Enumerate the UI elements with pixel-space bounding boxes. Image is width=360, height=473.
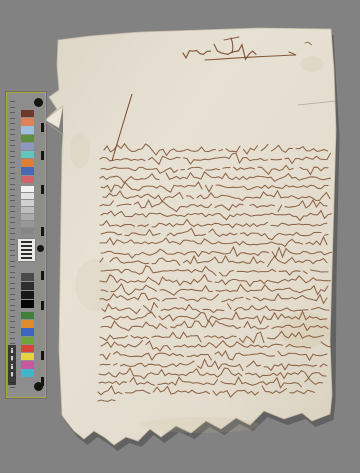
ruler-tick <box>10 101 15 102</box>
ruler-tick <box>10 261 15 262</box>
color-patch <box>21 328 34 335</box>
ruler-tick <box>10 200 15 201</box>
grayscale-patch <box>21 200 34 206</box>
ruler-tick <box>10 123 15 124</box>
color-patch <box>21 353 34 360</box>
ruler-tick <box>10 228 15 229</box>
ruler-tick <box>10 255 15 256</box>
registration-dot <box>37 245 44 252</box>
ruler-tick <box>10 206 15 207</box>
archival-photo <box>0 0 360 473</box>
ruler-tick <box>10 233 15 234</box>
registration-dash <box>41 185 44 194</box>
ruler-tick <box>10 195 15 196</box>
ruler-tick <box>10 371 15 372</box>
ruler-tick <box>10 129 15 130</box>
ruler-tick <box>10 277 15 278</box>
ruler-tick <box>10 151 15 152</box>
registration-dash <box>41 123 44 132</box>
ruler-tick <box>10 222 15 223</box>
ruler-tick <box>10 167 15 168</box>
ruler-tick <box>10 299 15 300</box>
ruler-tick <box>10 288 15 289</box>
ruler-tick <box>10 283 15 284</box>
ruler-tick <box>10 266 15 267</box>
grayscale-patch <box>21 221 34 227</box>
ruler-tick <box>10 156 15 157</box>
ruler-tick <box>10 239 15 240</box>
ruler-tick <box>10 244 15 245</box>
ruler-tick <box>10 217 15 218</box>
color-patch <box>21 176 34 183</box>
ruler-tick <box>10 184 15 185</box>
registration-dash <box>41 301 44 310</box>
density-patch <box>21 300 34 308</box>
registration-dot <box>34 98 43 107</box>
density-patch <box>21 282 34 290</box>
ruler-tick <box>10 343 15 344</box>
color-patch <box>21 337 34 344</box>
ruler-tick <box>10 332 15 333</box>
color-patch <box>21 159 34 166</box>
color-patch <box>21 126 34 133</box>
ruler-tick <box>10 173 15 174</box>
color-patch <box>21 167 34 174</box>
color-patch <box>21 151 34 158</box>
density-patch <box>21 273 34 281</box>
ruler-tick <box>10 272 15 273</box>
registration-dash <box>41 351 44 360</box>
grayscale-patch <box>21 193 34 199</box>
ruler-tick <box>10 387 15 388</box>
color-patch <box>21 369 34 376</box>
ruler-tick <box>10 338 15 339</box>
color-patch <box>21 361 34 368</box>
color-patch <box>21 320 34 327</box>
ruler-tick <box>10 211 15 212</box>
ruler-tick <box>10 134 15 135</box>
ruler-tick <box>10 107 15 108</box>
grayscale-patch <box>21 214 34 220</box>
ruler-tick <box>10 250 15 251</box>
ruler-tick <box>10 112 15 113</box>
ruler-tick <box>10 310 15 311</box>
ruler-tick <box>10 376 15 377</box>
color-patch <box>21 135 34 142</box>
registration-dash <box>41 377 44 386</box>
ruler-tick <box>10 365 15 366</box>
color-patch <box>21 345 34 352</box>
ruler-tick <box>10 327 15 328</box>
color-patch <box>21 110 34 117</box>
ruler-tick <box>10 305 15 306</box>
ruler-tick <box>10 294 15 295</box>
ruler-tick <box>10 145 15 146</box>
manuscript-page <box>0 0 360 473</box>
registration-dash <box>41 271 44 280</box>
ruler-tick <box>10 360 15 361</box>
ruler-tick <box>10 382 15 383</box>
ruler-tick <box>10 178 15 179</box>
ruler-tick <box>10 189 15 190</box>
color-calibration-bar <box>6 92 46 398</box>
grayscale-patch <box>21 186 34 192</box>
ruler-tick <box>10 162 15 163</box>
density-patch <box>21 291 34 299</box>
color-patch <box>21 118 34 125</box>
color-patch <box>21 312 34 319</box>
grayscale-patch <box>21 228 34 234</box>
registration-dash <box>41 227 44 236</box>
ruler-tick <box>10 349 15 350</box>
ruler-tick <box>10 321 15 322</box>
calibration-label <box>18 239 35 261</box>
registration-dash <box>41 151 44 160</box>
color-patch <box>21 143 34 150</box>
ruler-tick <box>10 140 15 141</box>
grayscale-patch <box>21 207 34 213</box>
ruler-tick <box>10 354 15 355</box>
ruler-tick <box>10 316 15 317</box>
ruler-tick <box>10 118 15 119</box>
